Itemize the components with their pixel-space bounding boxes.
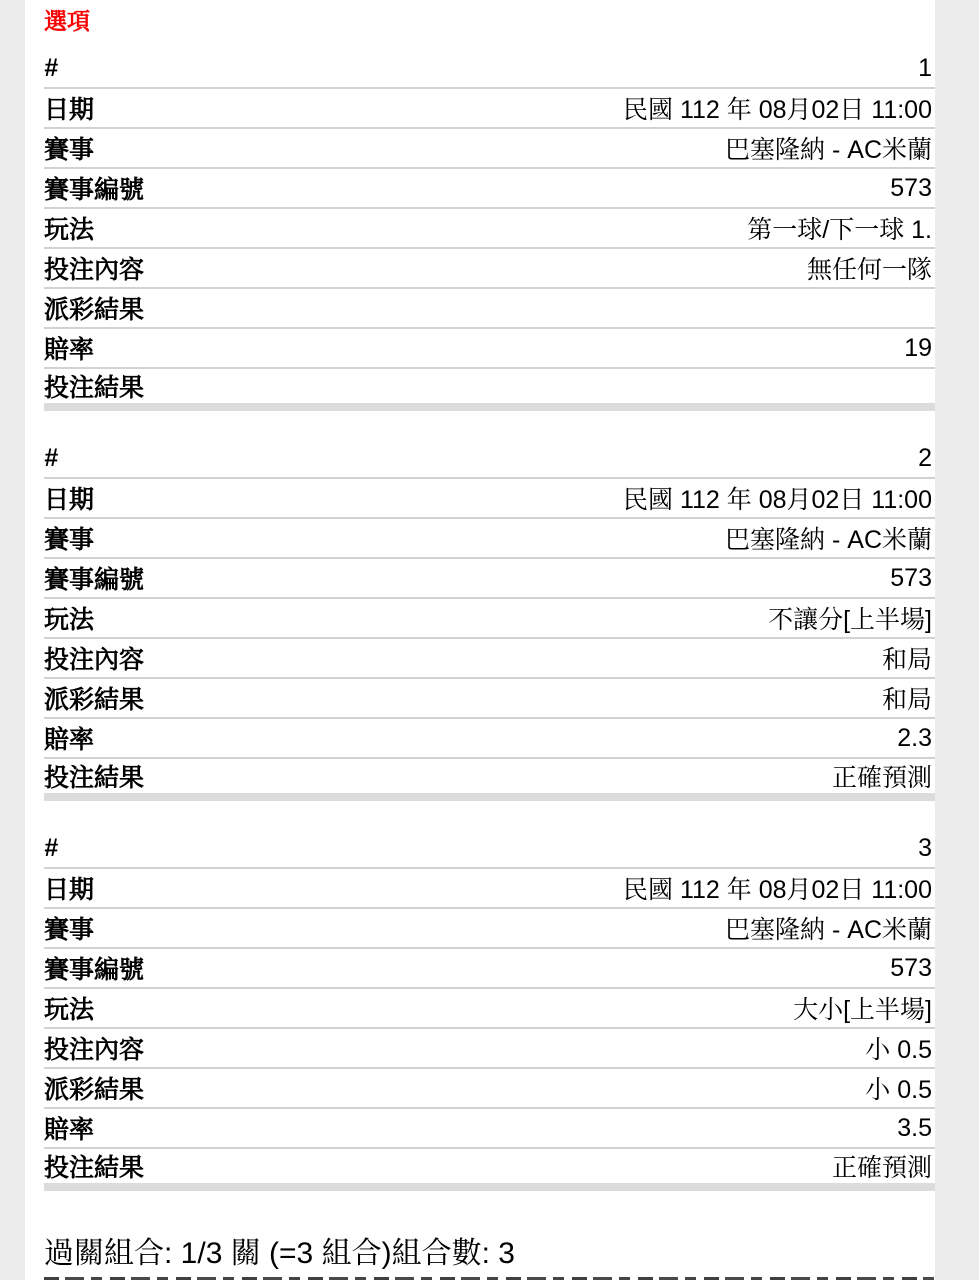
field-value: 正確預測: [832, 758, 932, 794]
field-value: 2: [918, 444, 932, 473]
field-value: 3.5: [897, 1114, 932, 1143]
parlay-summary: 過關組合: 1/3 關 (=3 組合)組合數: 3: [44, 1236, 935, 1271]
field-value: 巴塞隆納 - AC米蘭: [725, 520, 932, 556]
field-label: 派彩結果: [44, 1070, 144, 1106]
field-value: 和局: [882, 680, 932, 716]
field-label: 玩法: [44, 990, 94, 1026]
field-label: 玩法: [44, 210, 94, 246]
field-row-match: 賽事 巴塞隆納 - AC米蘭: [44, 909, 935, 949]
field-label: 投注內容: [44, 1030, 144, 1066]
field-label: 賽事編號: [44, 560, 144, 596]
field-label: 投注結果: [44, 368, 144, 404]
field-value: 19: [904, 334, 932, 363]
field-value: 2.3: [897, 724, 932, 753]
field-row-date: 日期 民國 112 年 08月02日 11:00: [44, 869, 935, 909]
field-label: 投注內容: [44, 250, 144, 286]
field-label: 日期: [44, 90, 94, 126]
field-label: 賠率: [44, 1110, 94, 1146]
field-label: 日期: [44, 870, 94, 906]
field-row-number: # 3: [44, 829, 935, 869]
field-row-bet-result: 投注結果: [44, 369, 935, 403]
field-label: 派彩結果: [44, 290, 144, 326]
field-label: 賽事: [44, 130, 94, 166]
bet-detail-card: 選項 # 1 日期 民國 112 年 08月02日 11:00 賽事 巴塞隆納 …: [25, 0, 935, 1280]
field-row-match-id: 賽事編號 573: [44, 949, 935, 989]
section-divider: [44, 1183, 935, 1191]
section-divider: [44, 403, 935, 411]
field-row-odds: 賠率 2.3: [44, 719, 935, 759]
field-label: 賠率: [44, 720, 94, 756]
bet-leg-section-3: # 3 日期 民國 112 年 08月02日 11:00 賽事 巴塞隆納 - A…: [25, 829, 935, 1183]
field-label: #: [44, 444, 58, 473]
field-row-match: 賽事 巴塞隆納 - AC米蘭: [44, 129, 935, 169]
field-row-match-id: 賽事編號 573: [44, 559, 935, 599]
field-value: 無任何一隊: [807, 250, 932, 286]
field-label: 賠率: [44, 330, 94, 366]
field-row-number: # 1: [44, 49, 935, 89]
field-label: 賽事: [44, 910, 94, 946]
field-label: 賽事: [44, 520, 94, 556]
field-value: 和局: [882, 640, 932, 676]
field-label: 賽事編號: [44, 950, 144, 986]
field-row-bet-content: 投注內容 小 0.5: [44, 1029, 935, 1069]
field-row-date: 日期 民國 112 年 08月02日 11:00: [44, 479, 935, 519]
field-row-play-type: 玩法 不讓分[上半場]: [44, 599, 935, 639]
section-divider: [44, 793, 935, 801]
field-value: 民國 112 年 08月02日 11:00: [623, 480, 932, 516]
field-row-match-id: 賽事編號 573: [44, 169, 935, 209]
field-row-bet-result: 投注結果 正確預測: [44, 759, 935, 793]
field-label: #: [44, 834, 58, 863]
field-label: 日期: [44, 480, 94, 516]
field-label: 投注結果: [44, 1148, 144, 1184]
field-value: 大小[上半場]: [793, 990, 932, 1026]
field-row-match: 賽事 巴塞隆納 - AC米蘭: [44, 519, 935, 559]
field-row-date: 日期 民國 112 年 08月02日 11:00: [44, 89, 935, 129]
field-label: 投注結果: [44, 758, 144, 794]
field-row-payout-result: 派彩結果: [44, 289, 935, 329]
field-label: 賽事編號: [44, 170, 144, 206]
field-row-odds: 賠率 19: [44, 329, 935, 369]
field-row-bet-content: 投注內容 和局: [44, 639, 935, 679]
field-value: 民國 112 年 08月02日 11:00: [623, 870, 932, 906]
field-row-bet-content: 投注內容 無任何一隊: [44, 249, 935, 289]
bet-leg-section-1: # 1 日期 民國 112 年 08月02日 11:00 賽事 巴塞隆納 - A…: [25, 49, 935, 403]
field-label: 投注內容: [44, 640, 144, 676]
field-value: 第一球/下一球 1.: [747, 210, 932, 246]
field-value: 573: [890, 954, 932, 983]
field-value: 3: [918, 834, 932, 863]
field-value: 正確預測: [832, 1148, 932, 1184]
field-value: 小 0.5: [865, 1030, 932, 1066]
field-value: 不讓分[上半場]: [768, 600, 932, 636]
field-row-play-type: 玩法 大小[上半場]: [44, 989, 935, 1029]
options-heading: 選項: [25, 0, 935, 35]
field-row-odds: 賠率 3.5: [44, 1109, 935, 1149]
field-value: 573: [890, 174, 932, 203]
bet-leg-section-2: # 2 日期 民國 112 年 08月02日 11:00 賽事 巴塞隆納 - A…: [25, 439, 935, 793]
field-value: 民國 112 年 08月02日 11:00: [623, 90, 932, 126]
field-row-play-type: 玩法 第一球/下一球 1.: [44, 209, 935, 249]
field-row-number: # 2: [44, 439, 935, 479]
field-label: 玩法: [44, 600, 94, 636]
field-row-payout-result: 派彩結果 小 0.5: [44, 1069, 935, 1109]
field-row-payout-result: 派彩結果 和局: [44, 679, 935, 719]
field-label: #: [44, 54, 58, 83]
field-value: 小 0.5: [865, 1070, 932, 1106]
field-label: 派彩結果: [44, 680, 144, 716]
field-row-bet-result: 投注結果 正確預測: [44, 1149, 935, 1183]
field-value: 巴塞隆納 - AC米蘭: [725, 910, 932, 946]
field-value: 573: [890, 564, 932, 593]
field-value: 巴塞隆納 - AC米蘭: [725, 130, 932, 166]
field-value: 1: [918, 54, 932, 83]
